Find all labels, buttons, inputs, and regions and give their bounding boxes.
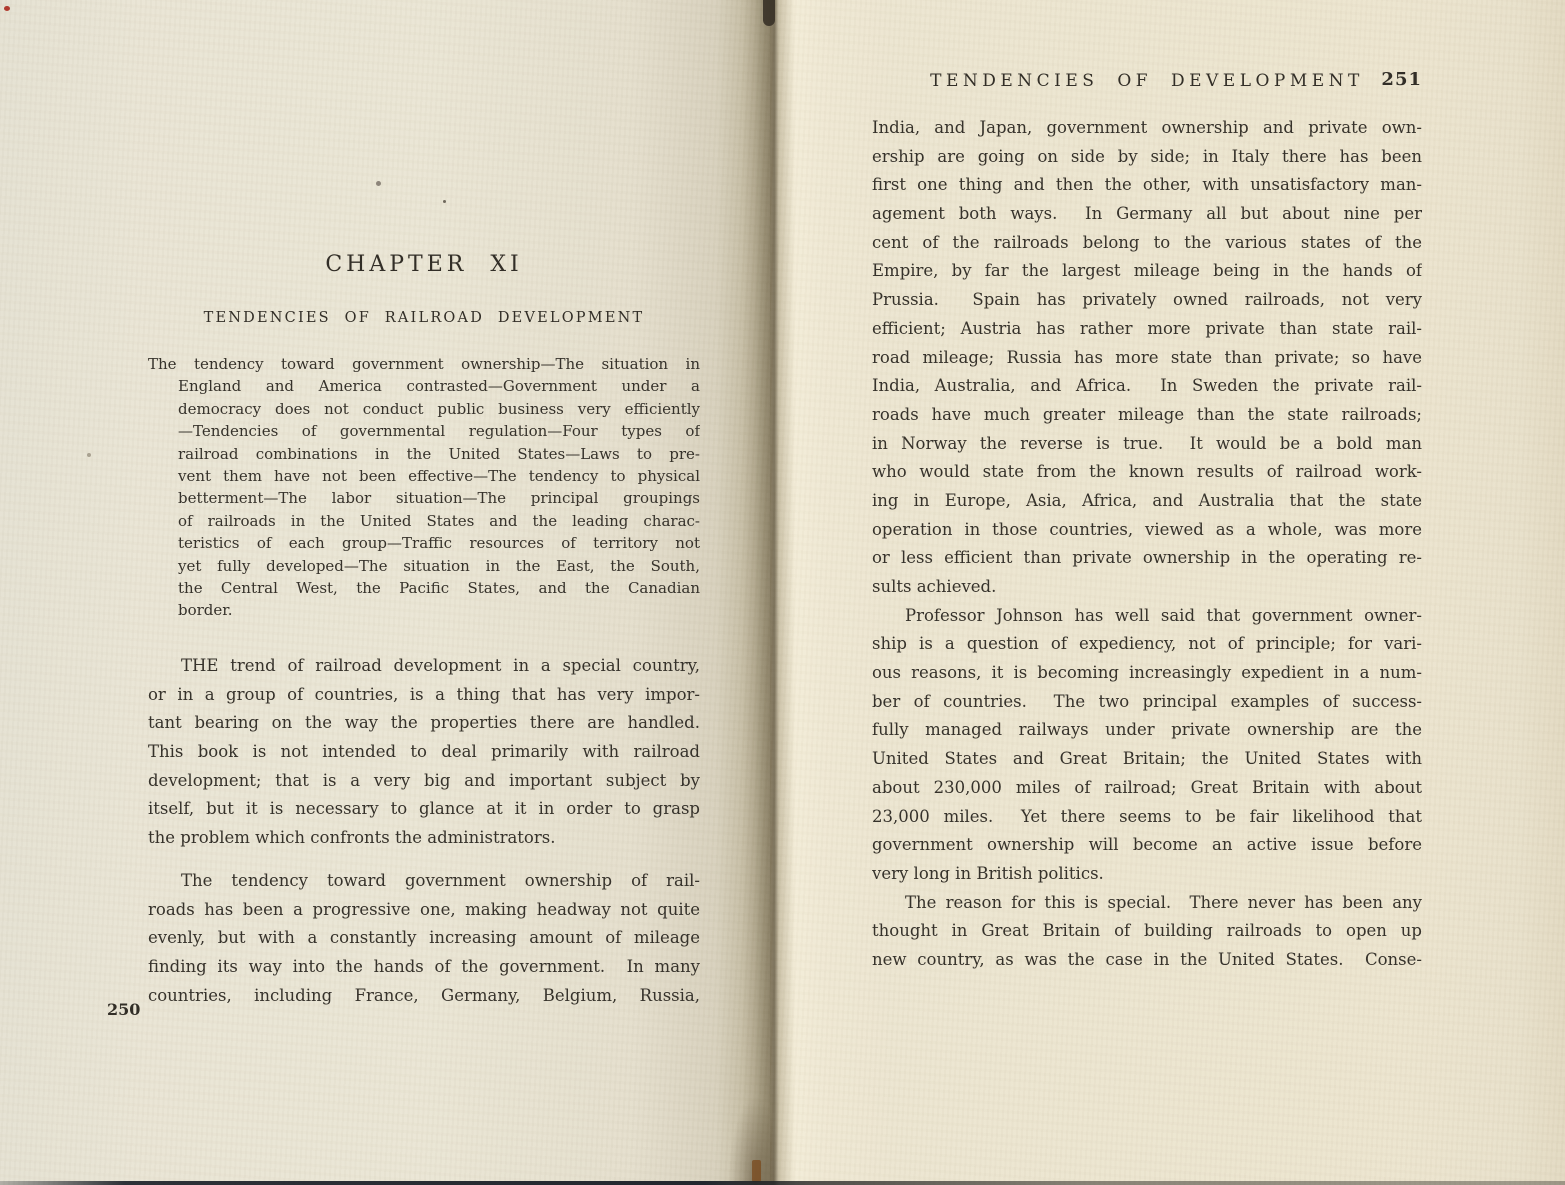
text-line: operation in those countries, viewed as … bbox=[872, 516, 1422, 545]
running-header-title: TENDENCIES OF DEVELOPMENT bbox=[930, 71, 1364, 91]
text-line: 23,000 miles. Yet there seems to be fair… bbox=[872, 803, 1422, 832]
text-line: government ownership will become an acti… bbox=[872, 831, 1422, 860]
text-line: very long in British politics. bbox=[872, 860, 1422, 889]
text-line: first one thing and then the other, with… bbox=[872, 171, 1422, 200]
text-line: Professor Johnson has well said that gov… bbox=[872, 602, 1422, 631]
text-line: India, Australia, and Africa. In Sweden … bbox=[872, 372, 1422, 401]
text-line: countries, including France, Germany, Be… bbox=[148, 982, 700, 1011]
text-line: India, and Japan, government ownership a… bbox=[872, 114, 1422, 143]
text-line: cent of the railroads belong to the vari… bbox=[872, 229, 1422, 258]
text-line: Prussia. Spain has privately owned railr… bbox=[872, 286, 1422, 315]
text-line: The tendency toward government ownership… bbox=[148, 353, 700, 375]
paper-speck bbox=[4, 6, 10, 11]
text-line: roads have much greater mileage than the… bbox=[872, 401, 1422, 430]
text-line: finding its way into the hands of the go… bbox=[148, 953, 700, 982]
text-line: democracy does not conduct public busine… bbox=[148, 398, 700, 420]
text-line: ous reasons, it is becoming increasingly… bbox=[872, 659, 1422, 688]
text-line: England and America contrasted—Governmen… bbox=[148, 375, 700, 397]
text-line: ship is a question of expediency, not of… bbox=[872, 630, 1422, 659]
text-line: tant bearing on the way the properties t… bbox=[148, 709, 700, 738]
text-line: THE trend of railroad development in a s… bbox=[148, 652, 700, 681]
text-line: ership are going on side by side; in Ita… bbox=[872, 143, 1422, 172]
body-paragraph: Professor Johnson has well said that gov… bbox=[872, 602, 1422, 889]
paper-speck bbox=[87, 453, 91, 457]
text-line: thought in Great Britain of building rai… bbox=[872, 917, 1422, 946]
text-line: sults achieved. bbox=[872, 573, 1422, 602]
chapter-heading: CHAPTER XI bbox=[148, 252, 700, 278]
text-line: yet fully developed—The situation in the… bbox=[148, 555, 700, 577]
left-page: CHAPTER XI TENDENCIES OF RAILROAD DEVELO… bbox=[0, 0, 770, 1185]
body-paragraph: THE trend of railroad development in a s… bbox=[148, 652, 700, 853]
right-page-number: 251 bbox=[1381, 69, 1422, 91]
text-line: betterment—The labor situation—The princ… bbox=[148, 487, 700, 509]
text-line: This book is not intended to deal primar… bbox=[148, 738, 700, 767]
left-page-number: 250 bbox=[107, 1000, 140, 1019]
text-line: development; that is a very big and impo… bbox=[148, 767, 700, 796]
text-line: about 230,000 miles of railroad; Great B… bbox=[872, 774, 1422, 803]
text-line: of railroads in the United States and th… bbox=[148, 510, 700, 532]
text-line: ing in Europe, Asia, Africa, and Austral… bbox=[872, 487, 1422, 516]
text-line: the problem which confronts the administ… bbox=[148, 824, 700, 853]
text-line: evenly, but with a constantly increasing… bbox=[148, 924, 700, 953]
text-line: or in a group of countries, is a thing t… bbox=[148, 681, 700, 710]
text-line: who would state from the known results o… bbox=[872, 458, 1422, 487]
gutter-top-notch bbox=[763, 0, 775, 26]
body-paragraph: The tendency toward government ownership… bbox=[148, 867, 700, 1010]
text-line: teristics of each group—Traffic resource… bbox=[148, 532, 700, 554]
text-line: United States and Great Britain; the Uni… bbox=[872, 745, 1422, 774]
text-line: road mileage; Russia has more state than… bbox=[872, 344, 1422, 373]
body-paragraph: The reason for this is special. There ne… bbox=[872, 889, 1422, 975]
book-bottom-edge bbox=[0, 1181, 1565, 1185]
chapter-synopsis: The tendency toward government ownership… bbox=[148, 353, 700, 622]
gutter-bottom-shadow bbox=[728, 1095, 774, 1185]
book-spread: CHAPTER XI TENDENCIES OF RAILROAD DEVELO… bbox=[0, 0, 1565, 1185]
text-line: roads has been a progressive one, making… bbox=[148, 896, 700, 925]
section-heading: TENDENCIES OF RAILROAD DEVELOPMENT bbox=[148, 309, 700, 327]
paper-speck bbox=[443, 200, 446, 203]
text-line: Empire, by far the largest mileage being… bbox=[872, 257, 1422, 286]
text-line: The tendency toward government ownership… bbox=[148, 867, 700, 896]
text-line: itself, but it is necessary to glance at… bbox=[148, 795, 700, 824]
body-paragraph: India, and Japan, government ownership a… bbox=[872, 114, 1422, 602]
text-line: The reason for this is special. There ne… bbox=[872, 889, 1422, 918]
text-line: new country, as was the case in the Unit… bbox=[872, 946, 1422, 975]
right-body: India, and Japan, government ownership a… bbox=[872, 114, 1422, 975]
running-header: TENDENCIES OF DEVELOPMENT 251 bbox=[872, 70, 1422, 92]
text-line: border. bbox=[148, 599, 700, 621]
text-line: fully managed railways under private own… bbox=[872, 716, 1422, 745]
paper-speck bbox=[376, 181, 381, 186]
gutter-bottom-mark bbox=[752, 1160, 761, 1182]
text-line: agement both ways. In Germany all but ab… bbox=[872, 200, 1422, 229]
text-line: railroad combinations in the United Stat… bbox=[148, 443, 700, 465]
text-line: —Tendencies of governmental regulation—F… bbox=[148, 420, 700, 442]
text-line: ber of countries. The two principal exam… bbox=[872, 688, 1422, 717]
text-line: vent them have not been effective—The te… bbox=[148, 465, 700, 487]
text-line: or less efficient than private ownership… bbox=[872, 544, 1422, 573]
text-line: the Central West, the Pacific States, an… bbox=[148, 577, 700, 599]
right-page: TENDENCIES OF DEVELOPMENT 251 India, and… bbox=[770, 0, 1565, 1185]
text-line: in Norway the reverse is true. It would … bbox=[872, 430, 1422, 459]
text-line: efficient; Austria has rather more priva… bbox=[872, 315, 1422, 344]
